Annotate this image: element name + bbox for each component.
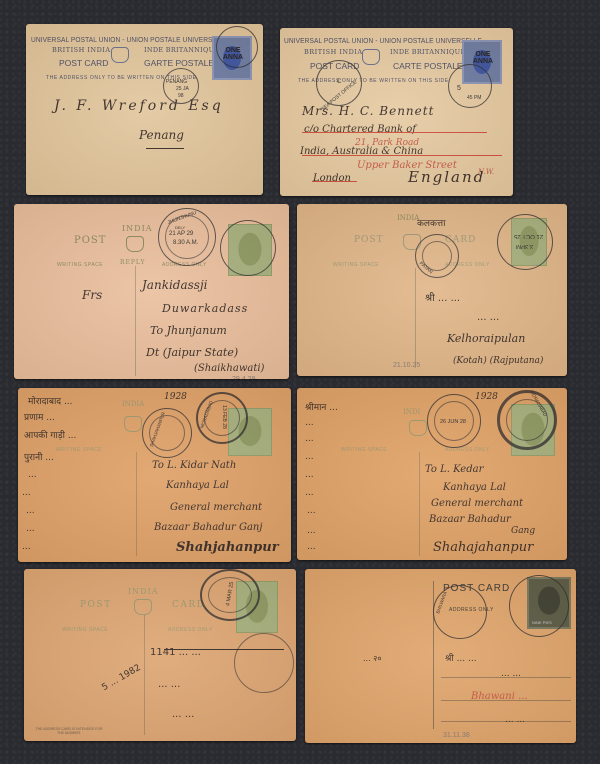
address-line-3: To Jhunjanum: [150, 324, 227, 337]
country-left: BRITISH INDIA: [52, 46, 111, 54]
footer-note: THE ADDRESS CARD IS INTENDED FOR THE ANS…: [34, 727, 104, 735]
country-label: INDIA: [397, 214, 419, 222]
card-divider: [415, 268, 416, 368]
address-line-4: (Kotah) (Rajputana): [453, 356, 543, 366]
postmark-city: PENANG: [166, 79, 187, 85]
postmark-arc: [234, 633, 294, 693]
address-line-2: c/o Chartered Bank of: [304, 124, 416, 135]
address-line-2: ... ...: [158, 679, 180, 690]
title-right: GARTE POSTALE: [144, 58, 214, 68]
postmark-left-date: 26 JUN 28: [440, 419, 466, 425]
letter-line-9: ...: [307, 542, 316, 552]
left-note: 5 ... 1982: [100, 663, 142, 693]
letter-line-7: ...: [26, 506, 35, 516]
postmark-top: 4 MAR 25: [200, 569, 260, 621]
address-line-2: ... ...: [477, 312, 499, 323]
postmark-right-date: 21 OCT 25: [514, 233, 543, 239]
year-note: 1928: [164, 392, 187, 402]
address-line-4: Bazaar Bahadur Ganj: [154, 522, 262, 533]
postmark-date: 25 JA: [176, 86, 189, 92]
card-divider: [419, 452, 420, 556]
letter-line-4: ...: [305, 452, 314, 462]
strike-line-1: [302, 132, 487, 133]
letter-line-3: ...: [305, 434, 314, 444]
address-line-3: ... ...: [172, 709, 194, 720]
upu-header: UNIVERSAL POSTAL UNION - UNION POSTALE U…: [284, 36, 482, 45]
stamp-overprint: ONE ANNA: [465, 51, 501, 65]
postcard-3: INDIA POST REPLY WRITING SPACE ADDRESS O…: [14, 204, 289, 379]
postmark-date: 21 AP 29: [169, 231, 193, 237]
postmark-sea-post-office: SEA POST OFFICE C: [316, 60, 362, 106]
address-line-5: Gang: [511, 526, 535, 536]
postmark-stamp: [220, 220, 276, 276]
postmark-moradabad: MORADABAD 13 FEB 28: [196, 392, 248, 444]
post-label: POST: [354, 235, 384, 245]
underline: [146, 148, 184, 149]
card-divider: [144, 615, 145, 735]
postmark-right: [509, 575, 569, 637]
postmark-right-time: 45 PM: [467, 95, 481, 101]
postmark-right-city: MORADABAD: [529, 390, 548, 418]
postmark-left-city: SHAHJAHANPUR: [149, 411, 166, 447]
top-note: कलकत्ता: [417, 216, 445, 229]
letter-line-7: ...: [307, 506, 316, 516]
writing-space-label: WRITING SPACE: [56, 447, 102, 453]
address-line-4: London: [313, 173, 351, 184]
address-line-3: Bhawani ...: [471, 691, 528, 702]
left-note: ... २०: [363, 653, 382, 664]
title-right: CARTE POSTALE: [393, 61, 463, 71]
postmark-jhunjhunu: JHUNJHUNU DELY 21 AP 29 8.30 A.M.: [158, 208, 216, 266]
writing-space-label: WRITING SPACE: [62, 627, 108, 633]
post-label: POST: [80, 600, 112, 610]
postcard-1: UNIVERSAL POSTAL UNION - UNION POSTALE U…: [26, 24, 263, 195]
postmark-top: [216, 26, 258, 68]
royal-arms-icon: [362, 49, 380, 65]
writing-space-label: WRITING SPACE: [341, 447, 387, 453]
letter-line-5: ...: [305, 470, 314, 480]
address-line-1: To L. Kedar: [425, 464, 483, 475]
country-label: INDIA: [122, 224, 153, 233]
letter-line-8: ...: [307, 526, 316, 536]
address-line-1: Mrs. H. C. Bennett: [302, 104, 434, 118]
card-divider: [135, 266, 136, 376]
postmark-dely: DELY: [175, 225, 185, 230]
address-line-1: श्री ... ...: [445, 651, 477, 664]
address-line-4: Bazaar Bahadur: [429, 514, 511, 525]
postmark-shahjahanpur: SHAHJAHANPUR: [142, 408, 192, 458]
address-line-1: J. F. Wreford Esq: [54, 98, 224, 114]
address-line-2: ... ...: [501, 669, 521, 679]
country-left: BRITISH INDIA: [304, 48, 363, 56]
title-left: POST CARD: [59, 58, 108, 68]
country-label: INDIA: [122, 400, 144, 408]
letter-line-4: पुरानी ...: [24, 450, 54, 463]
pencil-note: 31.11.38: [443, 732, 470, 739]
royal-arms-icon: [409, 420, 427, 436]
address-line-3: Kelhoraipulan: [447, 332, 525, 345]
royal-arms-icon: [111, 47, 129, 63]
letter-line-2: प्रणाम ...: [24, 410, 55, 423]
letter-line-1: मोरादाबाद ...: [28, 394, 73, 407]
left-note: Frs: [82, 288, 102, 302]
address-country: England: [408, 168, 485, 186]
address-line-1: To L. Kidar Nath: [152, 460, 236, 471]
address-line-4: ... ...: [505, 715, 525, 725]
letter-line-8: ...: [26, 524, 35, 534]
country-label: INDIA: [128, 587, 159, 596]
royal-arms-icon: [134, 599, 152, 615]
writing-space-label: WRITING SPACE: [333, 262, 379, 268]
letter-line-3: आपकी गाड़ी ...: [24, 428, 76, 441]
royal-arms-icon: [124, 416, 142, 432]
address-line-1: श्री ... ...: [425, 290, 460, 304]
postmark-date: 4 MAR 25: [225, 581, 235, 606]
postmark-city: BHILWARA: [435, 591, 448, 614]
postmark-right: 5 45 PM: [448, 64, 492, 108]
postmark-right-city: MORADABAD: [199, 400, 214, 429]
postcard-5: INDIA WRITING SPACE 1928 SHAHJAHANPUR MO…: [18, 388, 291, 562]
postmark-city: JHUNJHUNU: [167, 210, 198, 226]
address-line-2: Penang: [139, 128, 184, 142]
postmark-shahjahanpur: 26 JUN 28: [427, 394, 481, 448]
address-line-5: Shahjahanpur: [176, 540, 279, 555]
address-line-4: Dt (Jaipur State): [146, 346, 238, 359]
postmark-patan: PATAN: [415, 234, 459, 278]
address-line-2: Kanhaya Lal: [166, 480, 229, 491]
postmark-right-date: 13 FEB 28: [221, 405, 227, 429]
postmark-time: 8.30 A.M.: [173, 240, 198, 246]
letter-line-6: ...: [305, 488, 314, 498]
letter-line-5: ...: [28, 470, 37, 480]
country-right: INDE BRITANNIQUE: [390, 48, 465, 56]
letter-line-2: ...: [305, 418, 314, 428]
pencil-note: 29.4.29: [232, 376, 255, 379]
letter-line-6: ...: [22, 488, 31, 498]
letter-line-9: ...: [22, 542, 31, 552]
postmark-right-time: 3.3PM: [516, 243, 533, 249]
address-line-3: General merchant: [431, 498, 523, 509]
country-right: INDE BRITANNIQUE: [144, 46, 219, 54]
postcard-2: UNIVERSAL POSTAL UNION - UNION POSTALE U…: [280, 28, 513, 196]
address-line-1: Jankidassji: [142, 278, 208, 292]
postcard-6: INDI WRITING SPACE ADDRESS ONLY 1928 26 …: [297, 388, 567, 560]
royal-arms-icon: [126, 236, 144, 252]
address-line-5: (Shaikhawati): [194, 363, 264, 374]
year-note: 1928: [475, 392, 498, 402]
postcard-8: POST CARD ADDRESS ONLY NINE PIES BHILWAR…: [305, 569, 576, 743]
address-line-6: Shahajahanpur: [433, 540, 533, 555]
card-divider: [136, 452, 137, 556]
postcard-7: INDIA POST CARD WRITING SPACE ADDRESS ON…: [24, 569, 296, 741]
upu-header: UNIVERSAL POSTAL UNION - UNION POSTALE U…: [31, 35, 229, 44]
writing-space-label: WRITING SPACE: [57, 262, 103, 268]
strike-line: [164, 649, 284, 650]
country-label: INDI: [403, 408, 420, 416]
post-label: POST: [74, 235, 106, 246]
postcard-4: INDIA कलकत्ता POST CARD WRITING SPACE AD…: [297, 204, 567, 376]
address-only-label: ADDRESS ONLY: [168, 627, 213, 633]
postmark-sea-letter: C: [337, 79, 341, 85]
pencil-note: 21.10.25: [393, 362, 420, 369]
strike-line-2: [302, 155, 502, 156]
address-line-2: Duwarkadass: [162, 302, 248, 315]
postmark-moradabad: MORADABAD: [497, 390, 557, 450]
strike-line-3: [312, 181, 357, 182]
address-line-3: General merchant: [170, 502, 262, 513]
letter-line-1: श्रीमान ...: [305, 400, 338, 413]
postmark-rms: 21 OCT 25 3.3PM: [497, 214, 553, 270]
postmark-left-city: PATAN: [418, 261, 434, 276]
postmark-right-day: 5: [457, 85, 461, 92]
reply-label: REPLY: [120, 259, 146, 266]
postmark-bhilwara: BHILWARA: [433, 585, 487, 639]
address-line-2: Kanhaya Lal: [443, 482, 506, 493]
